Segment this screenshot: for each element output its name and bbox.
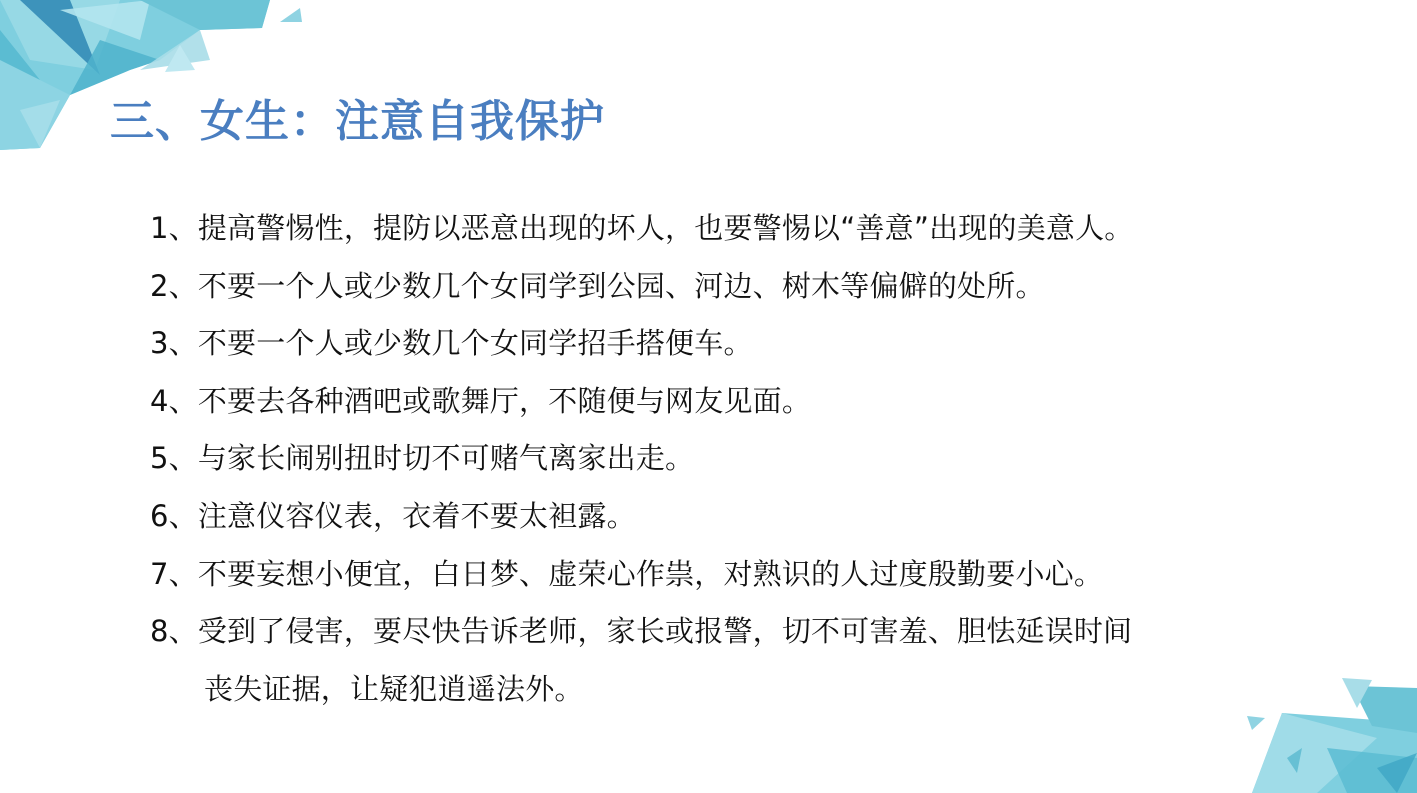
list-item: 2、不要一个人或少数几个女同学到公园、河边、树木等偏僻的处所。 (150, 258, 1134, 316)
safety-tips-list: 1、提高警惕性，提防以恶意出现的坏人，也要警惕以“善意”出现的美意人。 2、不要… (150, 200, 1134, 718)
list-item: 8、受到了侵害，要尽快告诉老师，家长或报警，切不可害羞、胆怯延误时间 丧失证据，… (150, 603, 1134, 718)
list-item: 4、不要去各种酒吧或歌舞厅，不随便与网友见面。 (150, 373, 1134, 431)
list-item: 5、与家长闹别扭时切不可赌气离家出走。 (150, 430, 1134, 488)
item-number: 5、 (150, 441, 198, 475)
item-text: 提高警惕性，提防以恶意出现的坏人，也要警惕以“善意”出现的美意人。 (198, 211, 1134, 245)
list-item: 7、不要妄想小便宜，白日梦、虚荣心作祟，对熟识的人过度殷勤要小心。 (150, 546, 1134, 604)
item-number: 2、 (150, 269, 198, 303)
item-text: 不要去各种酒吧或歌舞厅，不随便与网友见面。 (198, 384, 811, 418)
list-item: 1、提高警惕性，提防以恶意出现的坏人，也要警惕以“善意”出现的美意人。 (150, 200, 1134, 258)
item-text: 受到了侵害，要尽快告诉老师，家长或报警，切不可害羞、胆怯延误时间 (198, 614, 1132, 648)
corner-decoration-bottom-right (1227, 658, 1417, 793)
item-text-continuation: 丧失证据，让疑犯逍遥法外。 (150, 661, 1134, 719)
list-item: 6、注意仪容仪表，衣着不要太袒露。 (150, 488, 1134, 546)
slide-title: 三、女生：注意自我保护 (110, 90, 605, 154)
item-text: 不要一个人或少数几个女同学到公园、河边、树木等偏僻的处所。 (198, 269, 1045, 303)
item-text: 注意仪容仪表，衣着不要太袒露。 (198, 499, 636, 533)
list-item: 3、不要一个人或少数几个女同学招手搭便车。 (150, 315, 1134, 373)
item-number: 3、 (150, 326, 198, 360)
item-number: 6、 (150, 499, 198, 533)
item-text: 不要妄想小便宜，白日梦、虚荣心作祟，对熟识的人过度殷勤要小心。 (198, 557, 1103, 591)
item-number: 1、 (150, 211, 198, 245)
item-number: 7、 (150, 557, 198, 591)
item-text: 不要一个人或少数几个女同学招手搭便车。 (198, 326, 753, 360)
item-text: 与家长闹别扭时切不可赌气离家出走。 (198, 441, 694, 475)
item-number: 4、 (150, 384, 198, 418)
item-number: 8、 (150, 614, 198, 648)
